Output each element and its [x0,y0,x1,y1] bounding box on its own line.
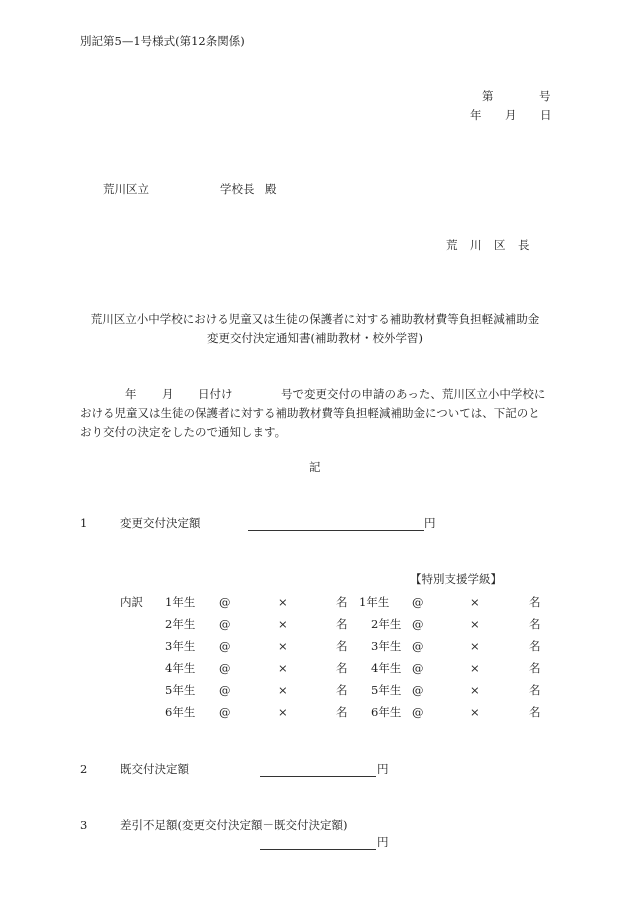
addressee-honorific: 殿 [265,184,277,196]
addressee-school-prefix: 荒川区立 [103,184,149,196]
ki-heading: 記 [309,462,321,474]
date-year: 年 [470,110,482,122]
form-id: 別記第5—1号様式(第12条関係) [80,36,245,48]
date-day: 日 [540,110,552,122]
amount-blank-3[interactable] [260,849,376,850]
breakdown-label: 内訳 [120,597,143,609]
amount-blank-2[interactable] [260,776,376,777]
amount-blank-1[interactable] [248,530,424,531]
number-suffix: 号 [539,91,551,103]
special-class-header: 【特別支援学級】 [410,574,502,586]
date-month: 月 [505,110,517,122]
number-prefix: 第 [482,91,494,103]
addressee-principal: 学校長 [220,184,255,196]
